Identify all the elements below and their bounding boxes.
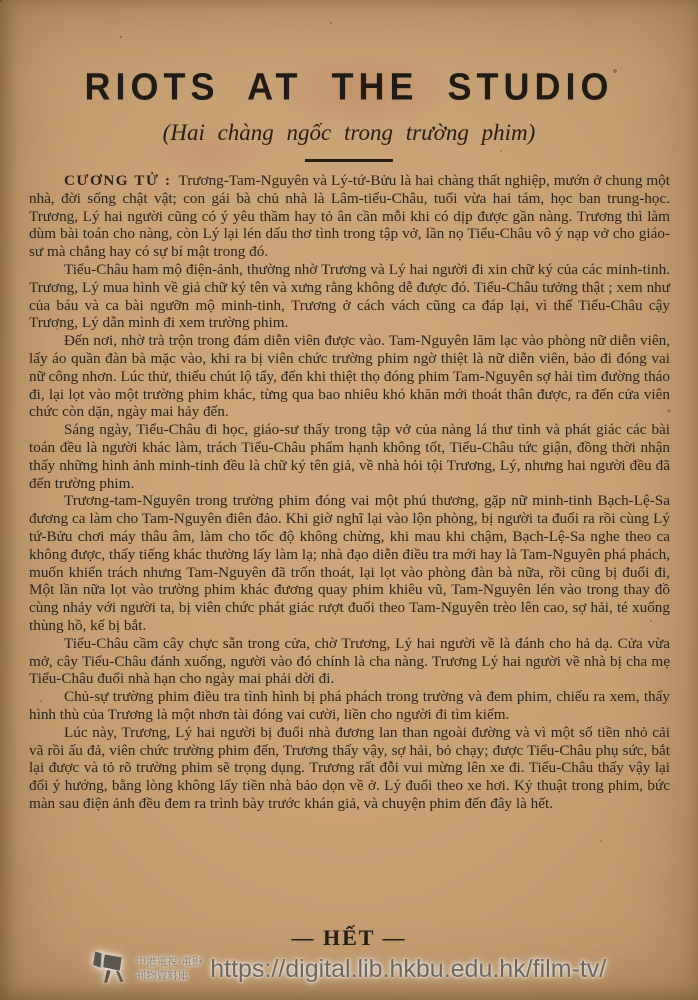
synopsis-paragraph: Lúc này, Trương, Lý hai người bị đuổi nh…: [29, 724, 670, 813]
synopsis-paragraph: Tiểu-Châu cầm cây chực sẵn trong cửa, ch…: [29, 635, 670, 688]
synopsis-paragraph: Tiểu-Châu ham mộ điện-ảnh, thường nhờ Tr…: [29, 261, 670, 332]
synopsis-paragraph: CƯƠNG TỬ :Trương-Tam-Nguyên và Lý-tứ-Bửu…: [29, 172, 670, 261]
page-subtitle: (Hai chàng ngốc trong trường phim): [0, 120, 698, 146]
library-watermark: 中港電視·電影 刊物資料庫 https://digital.lib.hkbu.e…: [0, 950, 698, 989]
page-title: RIOTS AT THE STUDIO: [0, 65, 698, 109]
library-name-line1: 中港電視·電影: [136, 956, 203, 968]
synopsis-paragraph: Trương-tam-Nguyên trong trường phim đóng…: [29, 492, 670, 634]
title-divider-rule: [305, 159, 393, 162]
library-name-line2: 刊物資料庫: [136, 970, 189, 982]
library-url: https://digital.lib.hkbu.edu.hk/film-tv/: [210, 955, 606, 984]
end-mark: — HẾT —: [0, 925, 698, 951]
synopsis-body: CƯƠNG TỬ :Trương-Tam-Nguyên và Lý-tứ-Bửu…: [29, 172, 670, 813]
scanned-synopsis-page: RIOTS AT THE STUDIO (Hai chàng ngốc tron…: [0, 0, 698, 1000]
library-name: 中港電視·電影 刊物資料庫: [136, 956, 203, 983]
synopsis-paragraph: Sáng ngày, Tiểu-Châu đi học, giáo-sư thấ…: [29, 421, 670, 492]
film-spotlight-icon: [92, 950, 128, 989]
synopsis-lead-label: CƯƠNG TỬ :: [64, 172, 172, 189]
synopsis-paragraph: Chủ-sự trường phim điều tra tình hình bị…: [29, 688, 670, 724]
synopsis-paragraph: Đến nơi, nhờ trà trộn trong đám diễn viê…: [29, 332, 670, 421]
masthead: RIOTS AT THE STUDIO (Hai chàng ngốc tron…: [0, 66, 698, 162]
